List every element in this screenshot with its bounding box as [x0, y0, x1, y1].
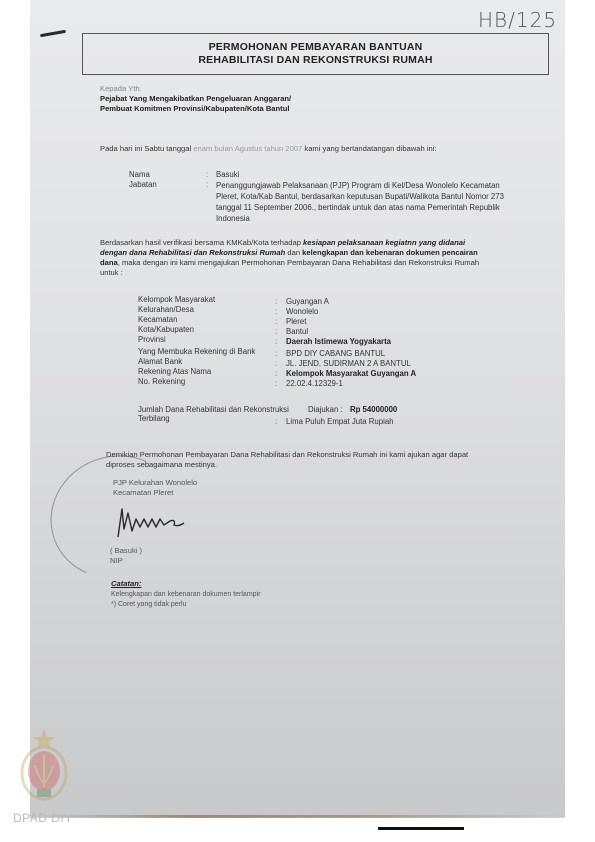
notes-heading: Catatan: — [111, 579, 141, 589]
detail-value: Guyangan A — [286, 297, 329, 306]
detail-value: BPD DIY CABANG BANTUL — [286, 349, 385, 358]
addressee-salutation: Kepada Yth. — [100, 84, 142, 94]
watermark-text: DPAD DIY — [13, 811, 73, 825]
detail-value: Pleret — [286, 317, 306, 326]
detail-colon: : — [275, 379, 277, 388]
detail-value: Wonolelo — [286, 307, 318, 316]
detail-value: JL. JEND. SUDIRMAN 2 A BANTUL — [286, 359, 411, 368]
detail-label: Alamat Bank — [138, 357, 182, 366]
basis-l1-emphasis: kesiapan pelaksanaan kegiatnn yang didan… — [303, 238, 465, 247]
signer-nip: NIP — [110, 556, 123, 566]
detail-label: Provinsi — [138, 335, 166, 344]
position-line-3: tanggal 11 September 2006., bertindak un… — [216, 203, 500, 212]
basis-l2-emphasis: dengan dana Rehabilitasi dan Rekonstruks… — [100, 248, 285, 257]
signer-name: ( Basuki ) — [110, 546, 142, 556]
notes-line-2: *) Coret yang tidak perlu — [111, 600, 186, 610]
detail-label: Kelompok Masyarakat — [138, 295, 215, 304]
basis-line-4: untuk : — [100, 268, 123, 279]
detail-value: Kelompok Masyarakat Guyangan A — [286, 369, 416, 378]
detail-colon: : — [275, 369, 277, 378]
amount-sub-label: Diajukan : — [308, 405, 343, 414]
spelled-colon: : — [275, 417, 277, 426]
basis-l2-bold: kelengkapan dan kebenaran dokumen pencai… — [302, 248, 478, 257]
amount-value: Rp 54000000 — [350, 405, 397, 414]
basis-line-2: dengan dana Rehabilitasi dan Rekonstruks… — [100, 248, 478, 259]
name-value: Basuki — [216, 170, 239, 179]
scanned-page — [30, 0, 565, 817]
signature-line-1: PJP Kelurahan Wonolelo — [113, 478, 197, 488]
name-colon: : — [206, 170, 208, 179]
handwritten-signature — [110, 505, 200, 539]
detail-label: Yang Membuka Rekening di Bank — [138, 347, 255, 356]
detail-colon: : — [275, 317, 277, 326]
detail-colon: : — [275, 337, 277, 346]
handwritten-reference: HB/125 — [478, 8, 557, 32]
addressee-line-1: Pejabat Yang Mengakibatkan Pengeluaran A… — [100, 94, 291, 104]
notes-line-1: Kelengkapan dan kebenaran dokumen terlam… — [111, 590, 260, 600]
addressee-line-2: Pembuat Komitmen Provinsi/Kabupaten/Kota… — [100, 104, 289, 114]
detail-value: Bantul — [286, 327, 308, 336]
position-label: Jabatan — [129, 180, 157, 189]
position-line-1: Penanggungjawab Pelaksanaan (PJP) Progra… — [216, 181, 500, 190]
closing-line-1: Demikian Permohonan Pembayaran Dana Reha… — [106, 450, 468, 461]
detail-label: Kelurahan/Desa — [138, 305, 194, 314]
opening-prefix: Pada hari ini Sabtu tanggal — [100, 144, 191, 153]
basis-line-1: Berdasarkan hasil verifikasi bersama KMK… — [100, 238, 465, 249]
detail-value: 22.02.4.12329-1 — [286, 379, 343, 388]
detail-colon: : — [275, 307, 277, 316]
detail-colon: : — [275, 349, 277, 358]
opening-suffix: kami yang bertandatangan dibawah ini: — [304, 144, 436, 153]
title-line-2: REHABILITASI DAN REKONSTRUKSI RUMAH — [83, 54, 548, 67]
detail-label: No. Rekening — [138, 377, 185, 386]
position-line-2: Pleret, Kota/Kab Bantul, berdasarkan kep… — [216, 192, 504, 201]
position-colon: : — [206, 180, 208, 189]
detail-label: Rekening Atas Nama — [138, 367, 211, 376]
detail-value: Daerah Istimewa Yogyakarta — [286, 337, 391, 346]
spelled-value: Lima Puluh Empat Juta Rupiah — [286, 417, 394, 426]
basis-l3-bold: dana — [100, 258, 118, 267]
detail-colon: : — [275, 359, 277, 368]
basis-l3-normal: , maka dengan ini kami mengajukan Permoh… — [118, 258, 479, 267]
detail-label: Kota/Kabupaten — [138, 325, 194, 334]
spelled-label: Terbilang — [138, 414, 170, 423]
opening-sentence: Pada hari ini Sabtu tanggal enam bulan A… — [100, 144, 437, 154]
position-line-4: Indonesia — [216, 214, 250, 223]
basis-l2-normal: dan — [287, 248, 300, 257]
title-line-1: PERMOHONAN PEMBAYARAN BANTUAN — [83, 41, 548, 54]
page-edge-shadow — [30, 815, 565, 818]
signature-line-2: Kecamatan Pleret — [113, 488, 173, 498]
document-title-box: PERMOHONAN PEMBAYARAN BANTUAN REHABILITA… — [82, 33, 549, 75]
detail-colon: : — [275, 327, 277, 336]
scale-bar — [378, 827, 464, 830]
detail-label: Kecamatan — [138, 315, 177, 324]
amount-label: Jumlah Dana Rehabilitasi dan Rekonstruks… — [138, 405, 289, 414]
opening-date: enam bulan Agustus tahun 2007 — [193, 144, 302, 153]
detail-colon: : — [275, 297, 277, 306]
province-emblem-icon — [15, 727, 73, 805]
basis-l1-normal: Berdasarkan hasil verifikasi bersama KMK… — [100, 238, 301, 247]
name-label: Nama — [129, 170, 150, 179]
basis-line-3: dana, maka dengan ini kami mengajukan Pe… — [100, 258, 479, 269]
